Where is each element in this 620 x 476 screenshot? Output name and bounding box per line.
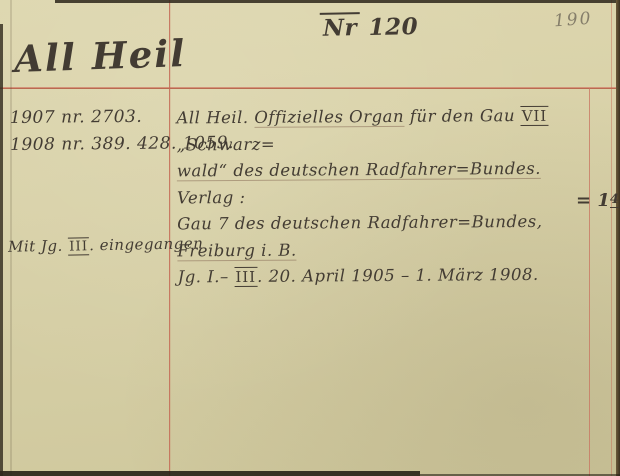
card-number: Nr 120 bbox=[320, 13, 419, 42]
cessation-note: Mit Jg. III. eingegangen bbox=[8, 234, 204, 255]
description-line-4: Jg. I.– III. 20. April 1905 – 1. März 19… bbox=[177, 262, 582, 291]
description-line-3: Gau 7 des deutschen Radfahrer=Bundes, Fr… bbox=[177, 209, 582, 265]
scan-edge-bottom bbox=[0, 471, 420, 476]
bibliographic-description: All Heil. Offizielles Organ für den Gau … bbox=[176, 103, 582, 291]
page-title: All Heil bbox=[13, 31, 187, 81]
nr-label: Nr bbox=[320, 12, 361, 42]
scan-edge-right bbox=[616, 0, 620, 476]
roman-numeral-iii: III bbox=[234, 267, 257, 287]
description-line-2: wald“ des deutschen Radfahrer=Bundes. Ve… bbox=[177, 156, 582, 212]
catalog-card: Nr 120 190 All Heil 1907 nr. 2703. 1908 … bbox=[0, 0, 620, 476]
right-margin-rule bbox=[589, 88, 590, 476]
right-edge-rule bbox=[611, 0, 612, 476]
horizontal-rule bbox=[0, 87, 620, 89]
corner-page-number: 190 bbox=[553, 9, 593, 32]
format-mark: = 14 bbox=[576, 190, 619, 211]
roman-numeral-vii: VII bbox=[521, 106, 549, 126]
nr-value: 120 bbox=[368, 13, 418, 41]
scan-edge-top bbox=[55, 0, 620, 3]
scan-edge-left bbox=[0, 24, 3, 476]
roman-numeral-iii-note: III bbox=[68, 237, 89, 255]
description-line-1: All Heil. Offizielles Organ für den Gau … bbox=[176, 103, 581, 159]
